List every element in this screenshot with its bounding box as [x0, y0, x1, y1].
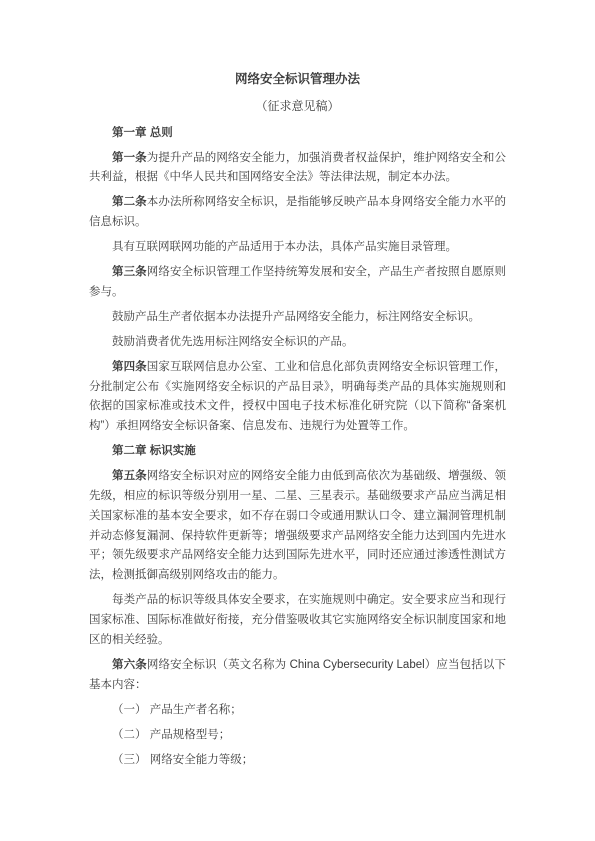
article-1-paragraph: 第一条为提升产品的网络安全能力，加强消费者权益保护，维护网络安全和公共利益，根据…	[89, 149, 506, 189]
article-2-supplement-paragraph: 具有互联网联网功能的产品适用于本办法，具体产品实施目录管理。	[89, 238, 506, 258]
article-4-text: 国家互联网信息办公室、工业和信息化部负责网络安全标识管理工作，分批制定公布《实施…	[89, 361, 506, 432]
chapter-2-heading: 第二章 标识实施	[89, 442, 506, 462]
document-subtitle: （征求意见稿）	[89, 97, 506, 117]
article-4-number: 第四条	[112, 361, 147, 373]
article-2-text: 本办法所称网络安全标识，是指能够反映产品本身网络安全能力水平的信息标识。	[89, 196, 506, 228]
article-5-supplement-paragraph: 每类产品的标识等级具体安全要求，在实施规则中确定。安全要求应当和现行国家标准、国…	[89, 591, 506, 650]
article-1-number: 第一条	[112, 152, 147, 164]
article-3-number: 第三条	[112, 266, 147, 278]
article-5-text: 网络安全标识对应的网络安全能力由低到高依次为基础级、增强级、领先级，相应的标识等…	[89, 470, 506, 581]
article-4-paragraph: 第四条国家互联网信息办公室、工业和信息化部负责网络安全标识管理工作，分批制定公布…	[89, 358, 506, 437]
article-3-encourage-consumers-paragraph: 鼓励消费者优先选用标注网络安全标识的产品。	[89, 333, 506, 353]
article-3-paragraph: 第三条网络安全标识管理工作坚持统筹发展和安全，产品生产者按照自愿原则参与。	[89, 263, 506, 303]
article-2-paragraph: 第二条本办法所称网络安全标识，是指能够反映产品本身网络安全能力水平的信息标识。	[89, 193, 506, 233]
list-item-3: （三） 网络安全能力等级；	[89, 751, 506, 771]
article-6-paragraph: 第六条网络安全标识（英文名称为 China Cybersecurity Labe…	[89, 656, 506, 696]
chapter-1-heading: 第一章 总则	[89, 124, 506, 144]
article-3-encourage-producers-paragraph: 鼓励产品生产者依据本办法提升产品网络安全能力，标注网络安全标识。	[89, 308, 506, 328]
document-title: 网络安全标识管理办法	[89, 70, 506, 90]
list-item-2: （二） 产品规格型号；	[89, 726, 506, 746]
article-1-text: 为提升产品的网络安全能力，加强消费者权益保护，维护网络安全和公共利益，根据《中华…	[89, 152, 506, 184]
article-6-number: 第六条	[112, 659, 147, 671]
document-page: 网络安全标识管理办法 （征求意见稿） 第一章 总则 第一条为提升产品的网络安全能…	[0, 0, 595, 841]
article-6-text: 网络安全标识（英文名称为 China Cybersecurity Label）应…	[89, 659, 506, 691]
article-3-text: 网络安全标识管理工作坚持统筹发展和安全，产品生产者按照自愿原则参与。	[89, 266, 506, 298]
list-item-1: （一） 产品生产者名称；	[89, 701, 506, 721]
article-5-number: 第五条	[112, 470, 147, 482]
article-2-number: 第二条	[112, 196, 147, 208]
article-5-paragraph: 第五条网络安全标识对应的网络安全能力由低到高依次为基础级、增强级、领先级，相应的…	[89, 467, 506, 586]
